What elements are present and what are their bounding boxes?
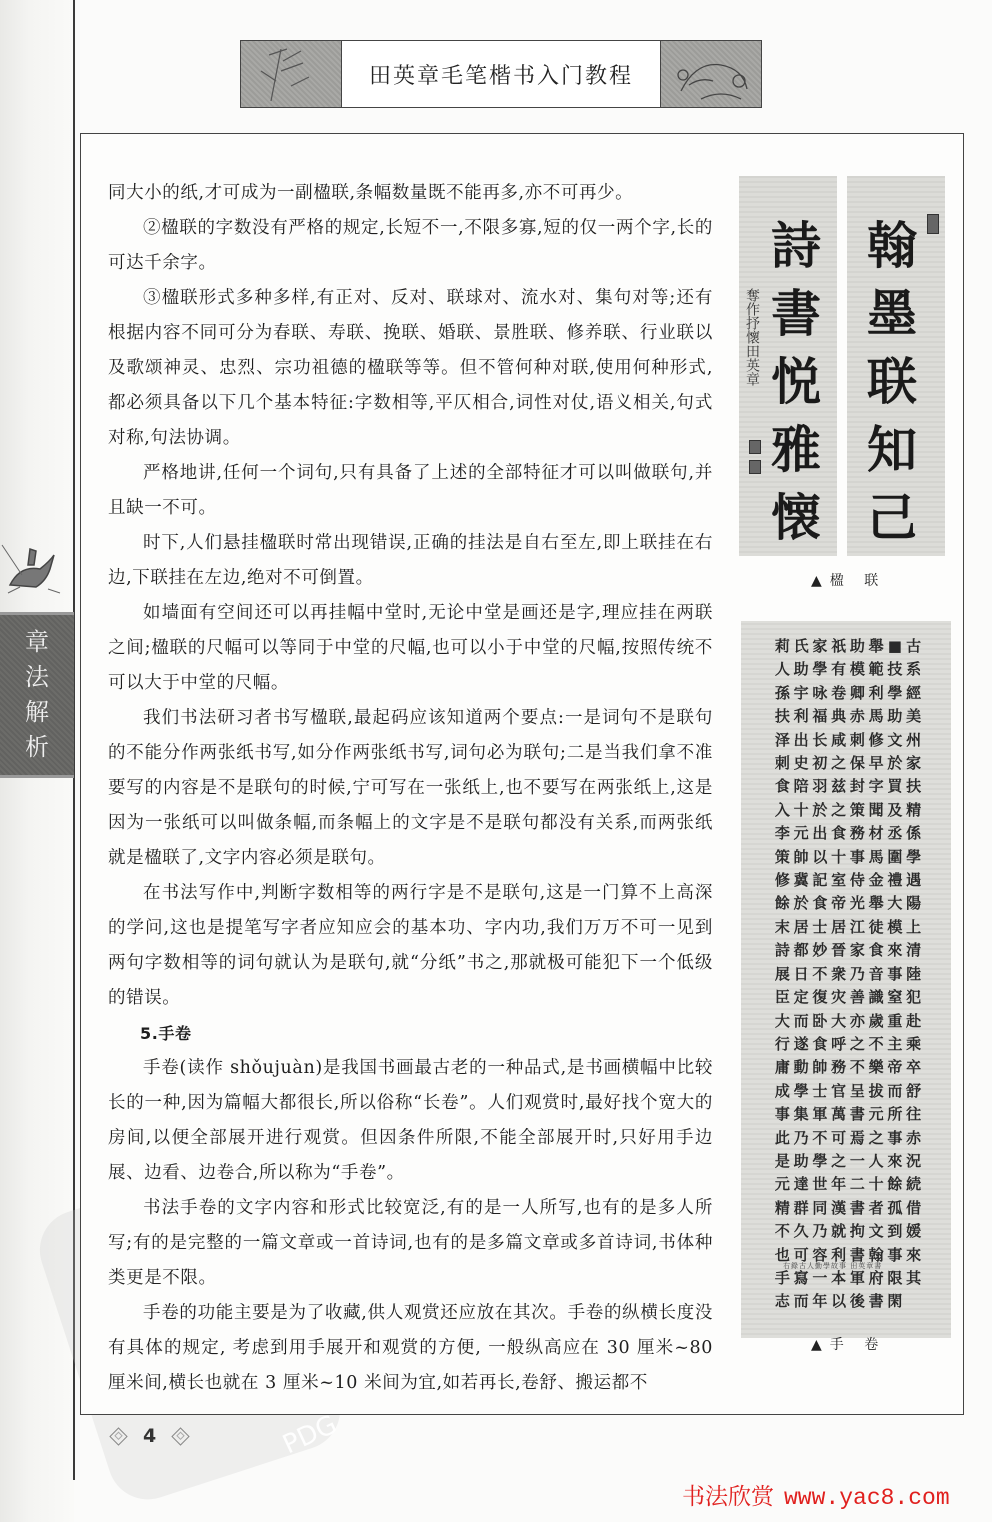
handscroll-char: 善 xyxy=(848,986,867,1009)
handscroll-char: 系 xyxy=(904,658,923,681)
handscroll-char: 末 xyxy=(773,916,792,939)
handscroll-char: 修 xyxy=(867,729,886,752)
handscroll-char: 事 xyxy=(886,1127,905,1150)
handscroll-char: 學 xyxy=(811,658,830,681)
handscroll-char: 卷 xyxy=(829,682,848,705)
handscroll-char: 帝 xyxy=(886,1056,905,1079)
handscroll-char: 及 xyxy=(886,799,905,822)
couplet-inscription: 奪作抒懷田英章 xyxy=(747,288,761,386)
handscroll-char: 乃 xyxy=(792,1127,811,1150)
handscroll-char: 歲 xyxy=(867,1010,886,1033)
handscroll-char: 禮 xyxy=(886,869,905,892)
handscroll-char: 學 xyxy=(811,1150,830,1173)
handscroll-char: 家 xyxy=(848,939,867,962)
paragraph: 如墙面有空间还可以再挂幅中堂时,无论中堂是画还是字,理应挂在两联之间;楹联的尺幅… xyxy=(108,596,713,701)
handscroll-char: 続 xyxy=(904,1173,923,1196)
handscroll-char: 孤 xyxy=(886,1197,905,1220)
handscroll-char: 之 xyxy=(867,1127,886,1150)
handscroll-char: 大 xyxy=(773,1010,792,1033)
rock-flower-painting-icon xyxy=(660,41,761,107)
handscroll-char: 可 xyxy=(829,1127,848,1150)
handscroll-char: 年 xyxy=(829,1173,848,1196)
handscroll-char: 來 xyxy=(886,939,905,962)
paragraph: 同大小的纸,才可成为一副楹联,条幅数量既不能再多,亦不可再少。 xyxy=(108,176,713,211)
handscroll-char: 宇 xyxy=(792,682,811,705)
handscroll-char: 後 xyxy=(848,1290,867,1313)
couplet-char: 墨 xyxy=(867,280,917,348)
handscroll-char: 而 xyxy=(792,1010,811,1033)
handscroll-char: 扶 xyxy=(904,775,923,798)
handscroll-char: 之 xyxy=(829,799,848,822)
handscroll-char: 學 xyxy=(886,682,905,705)
handscroll-char: 馬 xyxy=(867,846,886,869)
handscroll-char: 帥 xyxy=(792,846,811,869)
handscroll-char: 封 xyxy=(848,775,867,798)
handscroll-char: 刺 xyxy=(848,729,867,752)
handscroll-char: 助 xyxy=(792,658,811,681)
handscroll-char: 樂 xyxy=(867,1056,886,1079)
handscroll-char: 馬 xyxy=(867,705,886,728)
handscroll-char: 學 xyxy=(904,846,923,869)
handscroll-char: 人 xyxy=(773,658,792,681)
handscroll-char: 氏 xyxy=(792,635,811,658)
handscroll-char: 不 xyxy=(811,1127,830,1150)
handscroll-char: 久 xyxy=(792,1220,811,1243)
handscroll-char: 助 xyxy=(886,705,905,728)
handscroll-char: 二 xyxy=(848,1173,867,1196)
handscroll-char: 晉 xyxy=(829,939,848,962)
paragraph: 手卷(读作 shǒujuàn)是我国书画最古老的一种品式,是书画横幅中比较长的一… xyxy=(108,1051,713,1191)
couplet-char: 己 xyxy=(867,484,917,552)
paragraph: ③楹联形式多种多样,有正对、反对、联球对、流水对、集句对等;还有根据内容不同可分… xyxy=(108,281,713,456)
paragraph: 我们书法研习者书写楹联,最起码应该知道两个要点:一是词句不是联句的不能分作两张纸… xyxy=(108,701,713,876)
handscroll-char: 居 xyxy=(792,916,811,939)
handscroll-char: 兹 xyxy=(829,775,848,798)
handscroll-char: 策 xyxy=(773,846,792,869)
handscroll-char: 呈 xyxy=(848,1080,867,1103)
handscroll-char: 乃 xyxy=(848,963,867,986)
handscroll-char: 年 xyxy=(811,1290,830,1313)
seal-icon xyxy=(927,214,939,234)
couplet-caption: ▲楹 联 xyxy=(811,570,886,590)
handscroll-char: 帥 xyxy=(811,1056,830,1079)
handscroll-char: 乃 xyxy=(811,1220,830,1243)
handscroll-char: 是 xyxy=(773,1150,792,1173)
handscroll-char: 食 xyxy=(811,1033,830,1056)
handscroll-char: 古 xyxy=(904,635,923,658)
couplet-char: 懐 xyxy=(771,484,821,552)
handscroll-char: 復 xyxy=(811,986,830,1009)
handscroll-char: 咸 xyxy=(829,729,848,752)
handscroll-char: 書 xyxy=(848,1103,867,1126)
handscroll-char: 十 xyxy=(867,1173,886,1196)
handscroll-char: 妙 xyxy=(811,939,830,962)
handscroll-char: 助 xyxy=(848,635,867,658)
handscroll-char: 此 xyxy=(773,1127,792,1150)
handscroll-char: 亦 xyxy=(848,1010,867,1033)
handscroll-char: 以 xyxy=(829,1290,848,1313)
couplet-char: 悦 xyxy=(771,348,821,416)
chapter-tab-char: 章 xyxy=(25,625,49,660)
handscroll-char: 定 xyxy=(792,986,811,1009)
section-heading: 5.手卷 xyxy=(108,1016,713,1051)
handscroll-char: 事 xyxy=(848,846,867,869)
handscroll-char: 冀 xyxy=(792,869,811,892)
chapter-tab-char: 解 xyxy=(25,695,49,730)
handscroll-char: 買 xyxy=(886,775,905,798)
handscroll-char: 集 xyxy=(792,1103,811,1126)
handscroll-char: 居 xyxy=(829,916,848,939)
handscroll-char: 以 xyxy=(811,846,830,869)
handscroll-char: 出 xyxy=(811,822,830,845)
handscroll-char: 來 xyxy=(904,1244,923,1267)
handscroll-char: 入 xyxy=(773,799,792,822)
handscroll-char: 務 xyxy=(848,822,867,845)
handscroll-char: 士 xyxy=(811,1080,830,1103)
handscroll-char: 利 xyxy=(867,682,886,705)
couplet-char: 联 xyxy=(867,348,917,416)
handscroll-char: 群 xyxy=(792,1197,811,1220)
handscroll-char: 修 xyxy=(773,869,792,892)
handscroll-char: 都 xyxy=(792,939,811,962)
handscroll-char: 務 xyxy=(829,1056,848,1079)
handscroll-char: 卧 xyxy=(811,1010,830,1033)
handscroll-char: 食 xyxy=(867,939,886,962)
handscroll-char: 羽 xyxy=(811,775,830,798)
handscroll-char: 清 xyxy=(904,939,923,962)
handscroll-char: 其 xyxy=(904,1267,923,1290)
handscroll-char: 保 xyxy=(848,752,867,775)
handscroll-char: 漢 xyxy=(829,1197,848,1220)
handscroll-char: 成 xyxy=(773,1080,792,1103)
handscroll-char: 記 xyxy=(811,869,830,892)
handscroll-char: 赤 xyxy=(848,705,867,728)
handscroll-char: 食 xyxy=(811,892,830,915)
handscroll-char: 窒 xyxy=(886,986,905,1009)
handscroll-char: 祇 xyxy=(829,635,848,658)
handscroll-char: 呼 xyxy=(829,1033,848,1056)
handscroll-char: 音 xyxy=(867,963,886,986)
handscroll-char: 舒 xyxy=(904,1080,923,1103)
handscroll-char: 舉 xyxy=(867,635,886,658)
handscroll-char: 典 xyxy=(829,705,848,728)
handscroll-char: 文 xyxy=(886,729,905,752)
couplet-char: 雅 xyxy=(771,416,821,484)
book-title: 田英章毛笔楷书入门教程 xyxy=(342,41,660,107)
page-number: 4 xyxy=(143,1425,156,1447)
handscroll-char: 往 xyxy=(904,1103,923,1126)
handscroll-char: 之 xyxy=(829,752,848,775)
handscroll-char: 文 xyxy=(867,1220,886,1243)
handscroll-char: 借 xyxy=(904,1197,923,1220)
handscroll-char: ■ xyxy=(886,635,905,658)
handscroll-char: 衆 xyxy=(829,963,848,986)
handscroll-char: 利 xyxy=(792,705,811,728)
handscroll-char: 而 xyxy=(886,1080,905,1103)
handscroll-char: 達 xyxy=(792,1173,811,1196)
handscroll-char: 拘 xyxy=(848,1220,867,1243)
paragraph: 书法手卷的文字内容和形式比较宽泛,有的是一人所写,也有的是多人所写;有的是完整的… xyxy=(108,1191,713,1296)
handscroll-char: 家 xyxy=(811,635,830,658)
handscroll-char: 赴 xyxy=(904,1010,923,1033)
diamond-ornament-icon xyxy=(109,1427,127,1445)
handscroll-char: 乘 xyxy=(904,1033,923,1056)
handscroll-char: 侍 xyxy=(848,869,867,892)
couplet-figure: 詩 書 悦 雅 懐 奪作抒懷田英章 翰 墨 联 知 己 xyxy=(737,176,947,556)
handscroll-char: 十 xyxy=(829,846,848,869)
diamond-ornament-icon xyxy=(172,1427,190,1445)
handscroll-char: 刺 xyxy=(773,752,792,775)
handscroll-char: 史 xyxy=(792,752,811,775)
handscroll-text-grid: 莉氏家祇助舉■古人助學有模範技系孫宇咏卷卿利學經扶利福典赤馬助美泽出长咸刺修文州… xyxy=(773,635,923,1314)
couplet-char: 詩 xyxy=(771,212,821,280)
handscroll-char: 官 xyxy=(829,1080,848,1103)
handscroll-char: 陪 xyxy=(792,775,811,798)
bamboo-painting-icon xyxy=(241,41,342,107)
handscroll-char: 焉 xyxy=(848,1127,867,1150)
handscroll-char: 犯 xyxy=(904,986,923,1009)
handscroll-char: 事 xyxy=(886,963,905,986)
handscroll-figure: 莉氏家祇助舉■古人助學有模範技系孫宇咏卷卿利學經扶利福典赤馬助美泽出长咸刺修文州… xyxy=(741,621,951,1338)
handscroll-char: 有 xyxy=(829,658,848,681)
handscroll-char: 展 xyxy=(773,963,792,986)
handscroll-char: 大 xyxy=(886,892,905,915)
handscroll-char: 來 xyxy=(886,1150,905,1173)
handscroll-char: 出 xyxy=(792,729,811,752)
couplet-left-scroll: 詩 書 悦 雅 懐 奪作抒懷田英章 xyxy=(739,176,837,556)
handscroll-char: 人 xyxy=(867,1150,886,1173)
handscroll-char: 士 xyxy=(811,916,830,939)
handscroll-char: 灾 xyxy=(829,986,848,1009)
handscroll-char: 況 xyxy=(904,1150,923,1173)
handscroll-char: 遇 xyxy=(904,869,923,892)
handscroll-char: 帝 xyxy=(829,892,848,915)
handscroll-char: 臣 xyxy=(773,986,792,1009)
handscroll-char: 一 xyxy=(848,1150,867,1173)
handscroll-char: 所 xyxy=(886,1103,905,1126)
handscroll-char: 早 xyxy=(867,752,886,775)
handscroll-char: 者 xyxy=(867,1197,886,1220)
handscroll-char: 福 xyxy=(811,705,830,728)
site-url: www.yac8.com xyxy=(784,1485,950,1511)
handscroll-char: 精 xyxy=(773,1197,792,1220)
couplet-char: 書 xyxy=(771,280,821,348)
handscroll-char: 而 xyxy=(792,1290,811,1313)
couplet-char: 知 xyxy=(867,416,917,484)
handscroll-char: 不 xyxy=(867,1033,886,1056)
handscroll-char: 餘 xyxy=(886,1173,905,1196)
handscroll-char: 於 xyxy=(811,799,830,822)
paragraph: 手卷的功能主要是为了收藏,供人观赏还应放在其次。手卷的纵横长度没有具体的规定, … xyxy=(108,1296,713,1401)
chapter-tab: 章 法 解 析 xyxy=(0,612,74,778)
handscroll-char: 媛 xyxy=(904,1220,923,1243)
handscroll-char: 識 xyxy=(867,986,886,1009)
handscroll-char: 世 xyxy=(811,1173,830,1196)
handscroll-char: 日 xyxy=(792,963,811,986)
handscroll-char: 閑 xyxy=(886,1290,905,1313)
handscroll-char: 技 xyxy=(886,658,905,681)
handscroll-char: 美 xyxy=(904,705,923,728)
page-footer: 4 xyxy=(112,1425,187,1447)
seal-icon xyxy=(749,460,761,474)
handscroll-char: 室 xyxy=(829,869,848,892)
handscroll-char: 萬 xyxy=(829,1103,848,1126)
handscroll-char: 於 xyxy=(792,892,811,915)
handscroll-char: 陽 xyxy=(904,892,923,915)
handscroll-char: 江 xyxy=(848,916,867,939)
handscroll-char: 元 xyxy=(773,1173,792,1196)
handscroll-char: 光 xyxy=(848,892,867,915)
horse-rider-illustration-icon xyxy=(0,535,70,600)
handscroll-char: 經 xyxy=(904,682,923,705)
paragraph: 在书法写作中,判断字数相等的两行字是不是联句,这是一门算不上高深的学问,这也是提… xyxy=(108,876,713,1016)
handscroll-char: 重 xyxy=(886,1010,905,1033)
seal-icon xyxy=(749,440,761,454)
handscroll-char: 書 xyxy=(867,1290,886,1313)
handscroll-char: 初 xyxy=(811,752,830,775)
paragraph: ②楹联的字数没有严格的规定,长短不一,不限多寡,短的仅一两个字,长的可达千余字。 xyxy=(108,211,713,281)
handscroll-char: 聞 xyxy=(867,799,886,822)
handscroll-char: 食 xyxy=(829,822,848,845)
handscroll-char: 卿 xyxy=(848,682,867,705)
handscroll-char: 行 xyxy=(773,1033,792,1056)
content-frame: 同大小的纸,才可成为一副楹联,条幅数量既不能再多,亦不可再少。 ②楹联的字数没有… xyxy=(80,133,964,1415)
handscroll-char: 同 xyxy=(811,1197,830,1220)
handscroll-char: 模 xyxy=(848,658,867,681)
handscroll-char: 策 xyxy=(848,799,867,822)
paragraph: 严格地讲,任何一个词句,只有具备了上述的全部特征才可以叫做联句,并且缺一不可。 xyxy=(108,456,713,526)
handscroll-char: 之 xyxy=(829,1150,848,1173)
header-banner: 田英章毛笔楷书入门教程 xyxy=(240,40,762,108)
handscroll-char: 係 xyxy=(904,822,923,845)
handscroll-char: 圍 xyxy=(886,846,905,869)
handscroll-char: 遂 xyxy=(792,1033,811,1056)
couplet-char: 翰 xyxy=(867,212,917,280)
handscroll-char: 精 xyxy=(904,799,923,822)
handscroll-char: 徒 xyxy=(867,916,886,939)
handscroll-char: 食 xyxy=(773,775,792,798)
handscroll-char: 家 xyxy=(904,752,923,775)
handscroll-char: 到 xyxy=(886,1220,905,1243)
handscroll-char: 大 xyxy=(829,1010,848,1033)
handscroll-char: 李 xyxy=(773,822,792,845)
handscroll-char: 舉 xyxy=(867,892,886,915)
handscroll-char: 不 xyxy=(773,1220,792,1243)
handscroll-char: 不 xyxy=(848,1056,867,1079)
body-text: 同大小的纸,才可成为一副楹联,条幅数量既不能再多,亦不可再少。 ②楹联的字数没有… xyxy=(108,176,713,1401)
handscroll-char: 金 xyxy=(867,869,886,892)
handscroll-char: 拔 xyxy=(867,1080,886,1103)
handscroll-char: 元 xyxy=(792,822,811,845)
handscroll-char: 孫 xyxy=(773,682,792,705)
handscroll-char: 就 xyxy=(829,1220,848,1243)
handscroll-char: 州 xyxy=(904,729,923,752)
paragraph: 时下,人们悬挂楹联时常出现错误,正确的挂法是自右至左,即上联挂在右边,下联挂在左… xyxy=(108,526,713,596)
handscroll-char: 範 xyxy=(867,658,886,681)
handscroll-char: 不 xyxy=(811,963,830,986)
handscroll-char: 於 xyxy=(886,752,905,775)
handscroll-char: 助 xyxy=(792,1150,811,1173)
handscroll-char: 陸 xyxy=(904,963,923,986)
site-name: 书法欣赏 xyxy=(682,1484,774,1510)
handscroll-char: 莉 xyxy=(773,635,792,658)
handscroll-char: 丞 xyxy=(886,822,905,845)
handscroll-char: 咏 xyxy=(811,682,830,705)
handscroll-char: 长 xyxy=(811,729,830,752)
handscroll-char: 志 xyxy=(773,1290,792,1313)
handscroll-char: 十 xyxy=(792,799,811,822)
handscroll-char: 餘 xyxy=(773,892,792,915)
handscroll-char: 軍 xyxy=(811,1103,830,1126)
handscroll-char: 元 xyxy=(867,1103,886,1126)
handscroll-char: 赤 xyxy=(904,1127,923,1150)
handscroll-char: 書 xyxy=(848,1197,867,1220)
handscroll-char: 泽 xyxy=(773,729,792,752)
handscroll-char: 主 xyxy=(886,1033,905,1056)
handscroll-char: 學 xyxy=(792,1080,811,1103)
couplet-right-scroll: 翰 墨 联 知 己 xyxy=(847,176,945,556)
handscroll-char: 字 xyxy=(867,775,886,798)
handscroll-colophon: 右錄古人勤學故事 田英章書 xyxy=(783,1261,893,1271)
handscroll-char: 動 xyxy=(792,1056,811,1079)
handscroll-char: 材 xyxy=(867,822,886,845)
handscroll-char: 模 xyxy=(886,916,905,939)
handscroll-char: 庸 xyxy=(773,1056,792,1079)
handscroll-char: 扶 xyxy=(773,705,792,728)
handscroll-char: 卒 xyxy=(904,1056,923,1079)
chapter-tab-char: 法 xyxy=(25,660,49,695)
site-credit: 书法欣赏www.yac8.com xyxy=(682,1478,950,1511)
handscroll-char: 詩 xyxy=(773,939,792,962)
handscroll-char: 上 xyxy=(904,916,923,939)
chapter-tab-char: 析 xyxy=(25,730,49,765)
handscroll-caption: ▲手 卷 xyxy=(811,1334,886,1354)
handscroll-char: 之 xyxy=(848,1033,867,1056)
handscroll-char: 事 xyxy=(773,1103,792,1126)
